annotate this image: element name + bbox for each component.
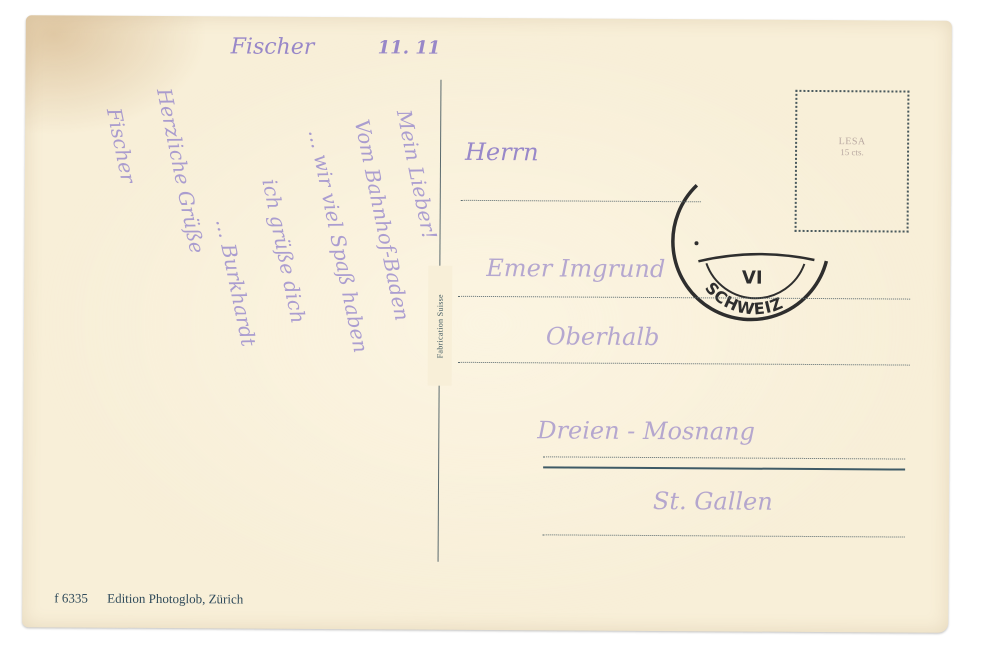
address-locality: Oberhalb <box>546 322 660 351</box>
stamp-brand: LESA <box>797 136 907 148</box>
message-line: ... Burkhardt <box>211 216 261 348</box>
postcard: Fischer 11. 11 Mein Lieber! Vom Bahnhof-… <box>22 15 952 633</box>
message-line: Fischer <box>102 106 141 185</box>
sender-name: Fischer <box>231 34 315 60</box>
message-line: ich grüße dich <box>257 177 310 326</box>
address-underline <box>543 466 905 470</box>
address-recipient-title: Herrn <box>465 138 539 166</box>
address-line-1 <box>461 200 701 202</box>
publisher-imprint: f 6335 Edition Photoglob, Zürich <box>54 590 243 607</box>
svg-text:VI: VI <box>742 268 763 289</box>
address-canton: St. Gallen <box>653 487 773 516</box>
postmark-icon: VI SCHWEIZ <box>656 165 837 346</box>
series-number: f 6335 <box>54 590 88 605</box>
address-town: Dreien - Mosnang <box>537 416 755 445</box>
address-line-3 <box>458 362 910 366</box>
publisher-name: Edition Photoglob, Zürich <box>107 591 243 607</box>
message-area: Mein Lieber! Vom Bahnhof-Baden ... wir v… <box>52 75 435 587</box>
message-line: Herzliche Grüße <box>152 86 209 255</box>
message-line: Mein Lieber! <box>392 108 442 242</box>
fabrication-label: Fabrication Suisse <box>428 266 453 386</box>
stamp-price: 15 cts. <box>797 147 907 158</box>
address-line-5 <box>543 534 905 537</box>
address-line-4 <box>543 456 905 459</box>
address-recipient-name: Emer Imgrund <box>486 254 665 283</box>
handwritten-date: 11. 11 <box>378 37 441 58</box>
